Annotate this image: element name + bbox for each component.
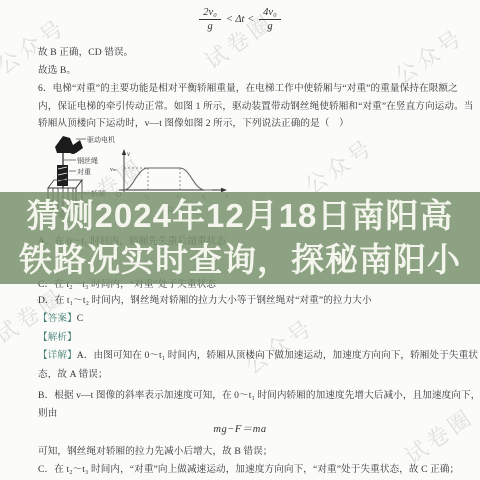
velocity-curve — [124, 168, 212, 190]
detail-line-a2: 态，故 A 错误； — [38, 366, 108, 380]
detail-label: 【详解】 — [38, 350, 77, 361]
counterweight-label: 对重 — [77, 167, 91, 176]
fraction: 4v₀ g — [259, 6, 281, 33]
formula-velocity-range: 2v₀ g < Δt < 4v₀ g — [0, 6, 480, 33]
question-line: 轿厢从顶楼向下运动时，v—t 图像如图 2 所示，下列说法正确的是（ ） — [38, 115, 349, 129]
exam-document-page: 公众号 试卷圈 公众号 试卷圈 公众号 试卷圈 公众号 试卷圈 2v₀ g < … — [0, 0, 480, 480]
detail-line-b1: B．根据 v—t 图像的斜率表示加速度可知，在 0～t₁ 时间内轿厢的加速度先增… — [38, 387, 480, 401]
pulley-shape — [69, 146, 77, 154]
text-line: 故 B 正确，CD 错误。 — [38, 44, 133, 58]
fraction-numerator: 4v₀ — [259, 6, 281, 20]
banner-title-line2: 铁路况实时查询，探秘南阳小 — [19, 238, 461, 282]
detail-line-a1: 【详解】A．由图可知在 0～t₁ 时间内，轿厢从顶楼向下做加速运动，加速度方向向… — [38, 347, 478, 361]
question-line: 内，保证电梯的牵引传动正常。如图 1 所示，驱动装置带动钢丝绳使轿厢和“对重”在… — [38, 98, 473, 112]
banner-title-line1: 猜测2024年12月18日南阳高 — [27, 194, 454, 238]
vm-label: vₘ — [110, 166, 117, 173]
fraction-numerator: 2v₀ — [199, 6, 221, 20]
fraction-denominator: g — [207, 20, 212, 33]
v-axis-label: v — [127, 150, 131, 158]
detail-line-b3: 可知，钢丝绳对轿厢的拉力先减小后增大，故 B 错误； — [38, 443, 272, 457]
detail-text: A．由图可知在 0～t₁ 时间内，轿厢从顶楼向下做加速运动，加速度方向向下，轿厢… — [77, 350, 478, 361]
answer-label: 【答案】 — [38, 313, 77, 324]
analysis-label: 【解析】 — [38, 332, 77, 343]
rope-label: 钢丝绳 — [77, 156, 98, 165]
v-axis-arrow — [122, 149, 126, 155]
text-line: 故选 B。 — [38, 62, 76, 76]
answer-value: C — [77, 313, 84, 324]
option-d: D．在 t₁～t₂ 时间内，钢丝绳对轿厢的拉力大小等于钢丝绳对“对重”的拉力大小 — [38, 292, 372, 306]
fraction: 2v₀ g — [199, 6, 221, 33]
motor-shape — [55, 136, 83, 153]
analysis-line: 【解析】 — [38, 329, 77, 343]
detail-line-c: C．在 t₂～t₃ 时间内，“对重”向上做减速运动，加速度方向向下，“对重”处于… — [38, 461, 459, 475]
formula-newton: mg−F＝ma — [0, 421, 480, 436]
motor-label: 驱动电机 — [87, 135, 115, 144]
formula-middle: < Δt < — [226, 14, 254, 25]
promo-banner-overlay: 猜测2024年12月18日南阳高 铁路况实时查询，探秘南阳小 — [0, 192, 480, 284]
answer-line: 【答案】C — [38, 310, 83, 324]
question-line: 6．电梯“对重”的主要功能是相对平衡轿厢重量，在电梯工作中使轿厢与“对重”的重量… — [38, 80, 458, 94]
fraction-denominator: g — [267, 20, 272, 33]
detail-line-b2: 则由 — [38, 405, 57, 419]
